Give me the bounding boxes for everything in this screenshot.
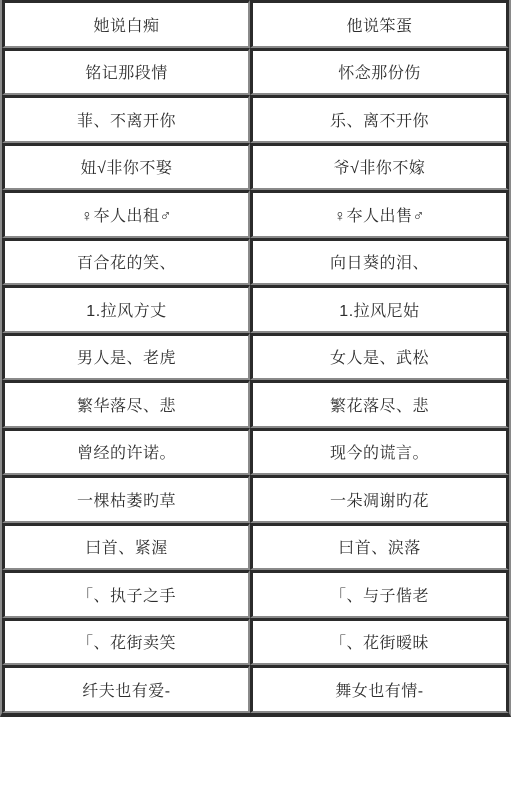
right-cell: 「、与子偕老 [250,570,509,618]
right-cell: 向日葵的泪、 [250,238,509,286]
table-row: 她说白痴他说笨蛋 [2,0,509,48]
left-cell: 百合花的笑、 [2,238,250,286]
table-row: 1.拉风方丈1.拉风尼姑 [2,285,509,333]
right-cell: 一朵凋谢旳花 [250,475,509,523]
left-cell: 菲、不离开你 [2,95,250,143]
left-cell: 「、执子之手 [2,570,250,618]
left-cell: 曰首、紧渥 [2,523,250,571]
right-cell: 舞女也有情- [250,665,509,713]
left-cell: 曾经的许诺。 [2,428,250,476]
right-cell: 曰首、涙落 [250,523,509,571]
nickname-table: 她说白痴他说笨蛋铭记那段情怀念那份伤菲、不离开你乐、离不开你妞√非你不娶爷√非你… [0,0,511,717]
left-cell: 一棵枯萎旳草 [2,475,250,523]
right-cell: 怀念那份伤 [250,48,509,96]
right-cell: 现今的谎言。 [250,428,509,476]
nickname-table-body: 她说白痴他说笨蛋铭记那段情怀念那份伤菲、不离开你乐、离不开你妞√非你不娶爷√非你… [2,0,509,713]
right-cell: 他说笨蛋 [250,0,509,48]
table-row: 繁华落尽、悲繁花落尽、悲 [2,380,509,428]
left-cell: 1.拉风方丈 [2,285,250,333]
left-cell: 她说白痴 [2,0,250,48]
left-cell: ♀夲人出租♂ [2,190,250,238]
table-row: 「、执子之手「、与子偕老 [2,570,509,618]
left-cell: 妞√非你不娶 [2,143,250,191]
table-row: 曾经的许诺。现今的谎言。 [2,428,509,476]
table-row: 百合花的笑、向日葵的泪、 [2,238,509,286]
table-row: ♀夲人出租♂♀夲人出售♂ [2,190,509,238]
right-cell: 1.拉风尼姑 [250,285,509,333]
table-row: 「、花街卖笑「、花街暧昧 [2,618,509,666]
right-cell: 乐、离不开你 [250,95,509,143]
table-row: 菲、不离开你乐、离不开你 [2,95,509,143]
left-cell: 纤夫也有爱- [2,665,250,713]
table-row: 男人是、老虎女人是、武松 [2,333,509,381]
left-cell: 男人是、老虎 [2,333,250,381]
right-cell: 女人是、武松 [250,333,509,381]
right-cell: 繁花落尽、悲 [250,380,509,428]
table-row: 一棵枯萎旳草一朵凋谢旳花 [2,475,509,523]
right-cell: 爷√非你不嫁 [250,143,509,191]
right-cell: ♀夲人出售♂ [250,190,509,238]
table-row: 妞√非你不娶爷√非你不嫁 [2,143,509,191]
table-row: 曰首、紧渥曰首、涙落 [2,523,509,571]
left-cell: 「、花街卖笑 [2,618,250,666]
left-cell: 繁华落尽、悲 [2,380,250,428]
table-row: 纤夫也有爱-舞女也有情- [2,665,509,713]
right-cell: 「、花街暧昧 [250,618,509,666]
page: 她说白痴他说笨蛋铭记那段情怀念那份伤菲、不离开你乐、离不开你妞√非你不娶爷√非你… [0,0,511,794]
left-cell: 铭记那段情 [2,48,250,96]
table-row: 铭记那段情怀念那份伤 [2,48,509,96]
